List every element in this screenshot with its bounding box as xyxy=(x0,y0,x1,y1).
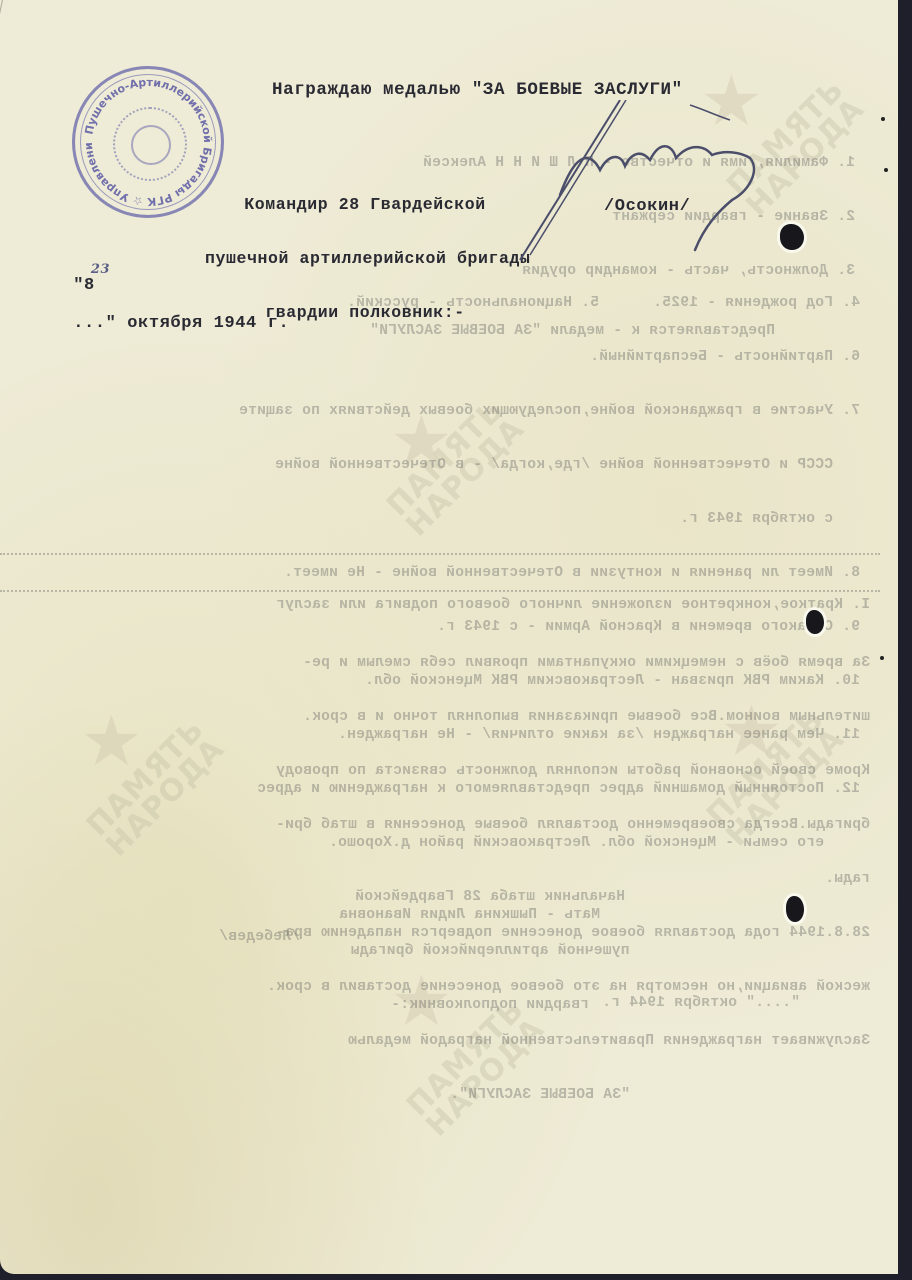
handwritten-day: 23 xyxy=(91,262,110,277)
dotted-divider xyxy=(0,553,880,555)
punch-hole xyxy=(806,610,824,634)
signatory-title-line1: Командир 28 Гвардейской xyxy=(205,196,525,214)
punch-hole xyxy=(780,224,804,250)
document-page: ★ ПАМЯТЬ НАРОДА ★ ПАМЯТЬ НАРОДА ★ ПАМЯТЬ… xyxy=(0,0,898,1274)
document-date: "8 23 ..." октября 1944 г. xyxy=(30,257,289,352)
bleed-line: За время боёв с немецкими оккупантами пр… xyxy=(10,654,870,672)
date-prefix: "8 xyxy=(73,276,95,295)
bleed-through-closing-name: /Лебедев/ xyxy=(60,892,300,982)
paper-speck xyxy=(880,656,884,660)
paper-crease xyxy=(0,0,3,78)
bleed-line: Начальник штаба 28 Гвардейской xyxy=(240,888,740,906)
bleed-line: СССР и Отечественной войне /где,когда/ -… xyxy=(180,456,860,474)
punch-hole xyxy=(786,896,804,922)
bleed-line: "...." октября 1944 г. xyxy=(480,994,800,1012)
handwritten-signature xyxy=(500,100,760,280)
coat-of-arms-emblem-icon xyxy=(113,107,187,181)
bleed-line: Кроме своей основной работы исполнял дол… xyxy=(10,762,870,780)
date-suffix: ..." октября 1944 г. xyxy=(73,314,289,333)
official-stamp: Пушечно-Артиллерийской Бригады РГК ☆ Упр… xyxy=(72,66,224,218)
bleed-line: /Лебедев/ xyxy=(60,928,300,946)
bleed-line: шительным воином.Все боевые приказания в… xyxy=(10,708,870,726)
bleed-line: бригады.Всегда своевременно доставлял бо… xyxy=(10,816,870,834)
award-title: Награждаю медалью "ЗА БОЕВЫЕ ЗАСЛУГИ" xyxy=(272,80,683,100)
bleed-line: I. Краткое,конкретное изложение личного … xyxy=(40,596,870,614)
dotted-divider xyxy=(0,590,880,592)
paper-speck xyxy=(881,117,885,121)
bleed-line: "ЗА БОЕВЫЕ ЗАСЛУГИ". xyxy=(10,1086,870,1104)
bleed-line: с октября 1943 г. xyxy=(180,510,860,528)
paper-speck xyxy=(884,168,888,172)
bleed-line: 7. Участие в гражданской войне,последующ… xyxy=(180,402,860,420)
bleed-through-closing-date: "...." октября 1944 г. xyxy=(480,958,800,1048)
